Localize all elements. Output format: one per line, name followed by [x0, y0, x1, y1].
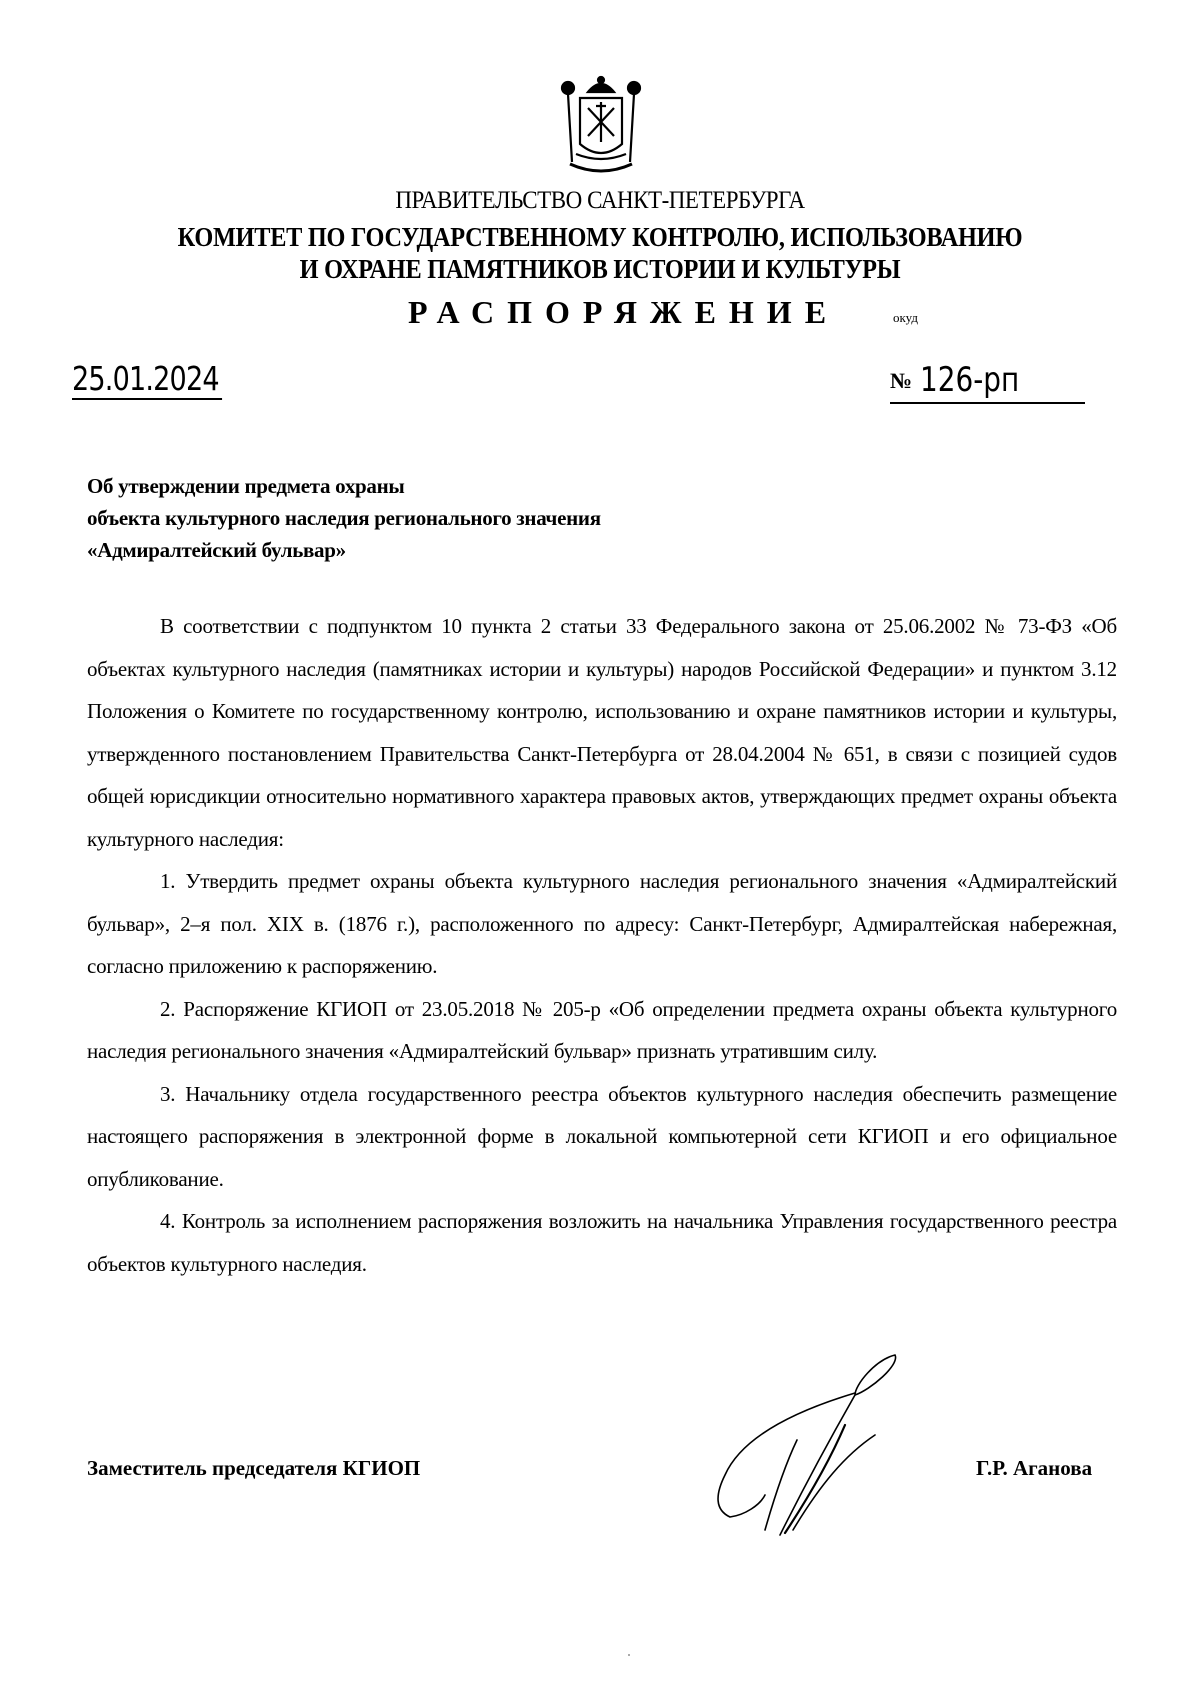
document-date: 25.01.2024	[72, 360, 222, 400]
document-subject: Об утверждении предмета охраны объекта к…	[87, 470, 601, 566]
document-number-field: № 126-рп	[890, 360, 1085, 404]
document-number: 126-рп	[920, 360, 1019, 400]
coat-of-arms-icon	[558, 72, 644, 178]
document-type: РАСПОРЯЖЕНИЕ	[408, 294, 839, 331]
subject-line: «Адмиралтейский бульвар»	[87, 534, 601, 566]
clause-4: 4. Контроль за исполнением распоряжения …	[87, 1200, 1117, 1285]
committee-name-line1: КОМИТЕТ ПО ГОСУДАРСТВЕННОМУ КОНТРОЛЮ, ИС…	[60, 222, 1140, 253]
preamble-paragraph: В соответствии с подпунктом 10 пункта 2 …	[87, 605, 1117, 860]
okud-label: окуд	[893, 310, 918, 326]
document-body: В соответствии с подпунктом 10 пункта 2 …	[87, 605, 1117, 1285]
government-title: ПРАВИТЕЛЬСТВО САНКТ-ПЕТЕРБУРГА	[48, 187, 1152, 215]
handwritten-signature-icon	[705, 1335, 915, 1545]
signatory-name: Г.Р. Аганова	[976, 1456, 1092, 1481]
clause-2: 2. Распоряжение КГИОП от 23.05.2018 № 20…	[87, 988, 1117, 1073]
scan-artifact	[628, 1654, 630, 1656]
clause-1: 1. Утвердить предмет охраны объекта куль…	[87, 860, 1117, 988]
subject-line: объекта культурного наследия регионально…	[87, 502, 601, 534]
committee-name-line2: И ОХРАНЕ ПАМЯТНИКОВ ИСТОРИИ И КУЛЬТУРЫ	[60, 254, 1140, 285]
clause-3: 3. Начальнику отдела государственного ре…	[87, 1073, 1117, 1201]
subject-line: Об утверждении предмета охраны	[87, 470, 601, 502]
number-sign: №	[890, 368, 912, 394]
signatory-position: Заместитель председателя КГИОП	[87, 1456, 420, 1481]
document-page: ПРАВИТЕЛЬСТВО САНКТ-ПЕТЕРБУРГА КОМИТЕТ П…	[0, 0, 1200, 1697]
